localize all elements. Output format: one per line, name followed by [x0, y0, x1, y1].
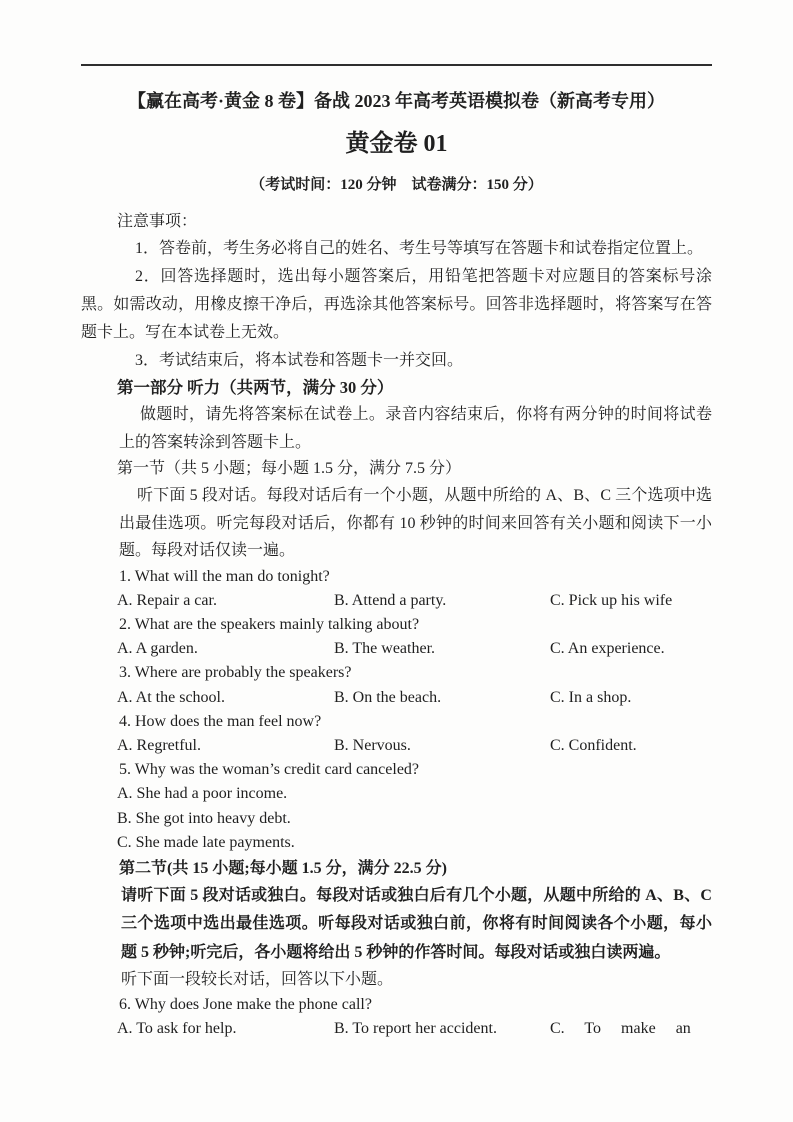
page-title: 【赢在高考·黄金 8 卷】备战 2023 年高考英语模拟卷（新高考专用）	[81, 90, 712, 113]
notice-item-3: 3．考试结束后，将本试卷和答题卡一并交回。	[81, 347, 712, 375]
option-c: C. In a shop.	[550, 686, 712, 710]
option-b: B. To report her accident.	[334, 1017, 550, 1041]
option-row: A. To ask for help. B. To report her acc…	[81, 1017, 712, 1041]
option-c: C. She made late payments.	[81, 831, 712, 855]
question-1: 1. What will the man do tonight? A. Repa…	[81, 565, 712, 613]
option-b: B. Nervous.	[334, 734, 550, 758]
option-c: C. Confident.	[550, 734, 712, 758]
exam-info: （考试时间：120 分钟 试卷满分：150 分）	[81, 175, 712, 196]
option-a: A. To ask for help.	[117, 1017, 334, 1041]
option-b: B. She got into heavy debt.	[81, 807, 712, 831]
question-text: 4. How does the man feel now?	[81, 710, 712, 734]
notice-label: 注意事项：	[81, 208, 712, 235]
option-row: A. A garden. B. The weather. C. An exper…	[81, 637, 712, 661]
question-text: 2. What are the speakers mainly talking …	[81, 613, 712, 637]
section1-intro: 听下面 5 段对话。每段对话后有一个小题，从题中所给的 A、B、C 三个选项中选…	[119, 482, 712, 565]
option-b: B. The weather.	[334, 637, 550, 661]
section2-listen-prompt: 听下面一段较长对话，回答以下小题。	[81, 967, 712, 993]
header-divider	[81, 64, 712, 66]
paper-subtitle: 黄金卷 01	[81, 128, 712, 160]
question-text: 1. What will the man do tonight?	[81, 565, 712, 589]
option-b: B. Attend a party.	[334, 589, 550, 613]
question-2: 2. What are the speakers mainly talking …	[81, 613, 712, 661]
option-row: A. At the school. B. On the beach. C. In…	[81, 686, 712, 710]
notice-item-1: 1．答卷前，考生务必将自己的姓名、考生号等填写在答题卡和试卷指定位置上。	[81, 235, 712, 263]
notice-item-2: 2．回答选择题时，选出每小题答案后，用铅笔把答题卡对应题目的答案标号涂黑。如需改…	[81, 263, 712, 347]
option-b: B. On the beach.	[334, 686, 550, 710]
question-5: 5. Why was the woman’s credit card cance…	[81, 758, 712, 855]
part1-header: 第一部分 听力（共两节，满分 30 分）	[81, 375, 712, 401]
question-text: 3. Where are probably the speakers?	[81, 661, 712, 685]
option-row: A. Repair a car. B. Attend a party. C. P…	[81, 589, 712, 613]
option-a: A. Regretful.	[117, 734, 334, 758]
option-row: A. Regretful. B. Nervous. C. Confident.	[81, 734, 712, 758]
section1-header: 第一节（共 5 小题；每小题 1.5 分，满分 7.5 分）	[81, 456, 712, 482]
question-4: 4. How does the man feel now? A. Regretf…	[81, 710, 712, 758]
question-3: 3. Where are probably the speakers? A. A…	[81, 661, 712, 709]
question-text: 6. Why does Jone make the phone call?	[81, 993, 712, 1017]
option-a: A. Repair a car.	[117, 589, 334, 613]
option-a: A. At the school.	[117, 686, 334, 710]
option-a: A. A garden.	[117, 637, 334, 661]
question-6: 6. Why does Jone make the phone call? A.…	[81, 993, 712, 1041]
exam-paper-page: 【赢在高考·黄金 8 卷】备战 2023 年高考英语模拟卷（新高考专用） 黄金卷…	[0, 0, 793, 1122]
option-c: C. An experience.	[550, 637, 712, 661]
option-c: C. To make an	[550, 1017, 712, 1041]
option-a: A. She had a poor income.	[81, 782, 712, 806]
part1-intro: 做题时，请先将答案标在试卷上。录音内容结束后，你将有两分钟的时间将试卷上的答案转…	[119, 401, 712, 456]
option-c: C. Pick up his wife	[550, 589, 712, 613]
section2-intro: 请听下面 5 段对话或独白。每段对话或独白后有几个小题，从题中所给的 A、B、C…	[121, 882, 712, 967]
question-text: 5. Why was the woman’s credit card cance…	[81, 758, 712, 782]
section2-header: 第二节(共 15 小题;每小题 1.5 分，满分 22.5 分)	[81, 855, 712, 882]
